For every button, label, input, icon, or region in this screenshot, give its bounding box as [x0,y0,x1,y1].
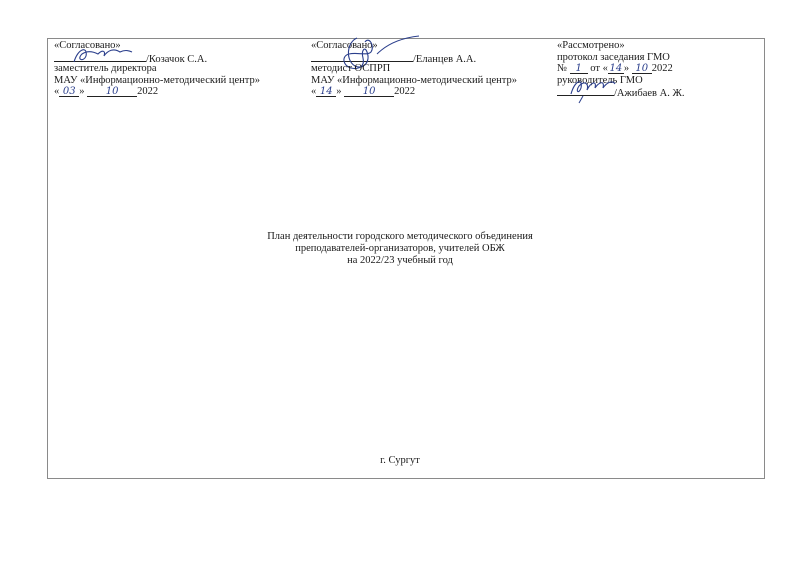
approval-date: «14» 102022 [311,86,517,98]
protocol-date-prefix: от « [590,63,608,74]
date-month: 10 [87,87,137,97]
signer-name: /Ажибаев А. Ж. [614,88,685,99]
title-line-2: преподавателей-организаторов, учителей О… [0,243,800,255]
protocol-month: 10 [632,64,652,74]
title-line-3: на 2022/23 учебный год [0,255,800,267]
position: методист ОСПРП [311,63,517,75]
approval-heading: «Согласовано» [311,40,517,52]
approval-block-methodist: «Согласовано» /Еланцев А.А. методист ОСП… [311,40,517,98]
protocol-number-date: № 1 от «14» 102022 [557,63,685,75]
position: руководитель ГМО [557,75,685,87]
review-block-gmo: «Рассмотрено» протокол заседания ГМО № 1… [557,40,685,98]
position: заместитель директора [54,63,260,75]
date-month: 10 [344,87,394,97]
review-heading: «Рассмотрено» [557,40,685,52]
date-day: 14 [316,87,336,97]
signature-blank [311,52,413,62]
document-title: План деятельности городского методическо… [0,231,800,266]
approval-date: «03» 102022 [54,86,260,98]
approval-heading: «Согласовано» [54,40,260,52]
signature-blank [557,86,614,96]
city-label: г. Сургут [0,455,800,467]
date-year: 2022 [137,86,158,97]
organization: МАУ «Информационно-методический центр» [54,75,260,87]
signature-line: /Ажибаев А. Ж. [557,86,685,98]
protocol-year: 2022 [652,63,673,74]
approval-block-deputy-director: «Согласовано» /Козачок С.А. заместитель … [54,40,260,98]
title-line-1: План деятельности городского методическо… [0,231,800,243]
date-day: 03 [59,87,79,97]
signature-line: /Еланцев А.А. [311,52,517,64]
protocol-number: 1 [570,64,588,74]
organization: МАУ «Информационно-методический центр» [311,75,517,87]
protocol-day: 14 [608,64,624,74]
number-sign: № [557,63,567,74]
signature-line: /Козачок С.А. [54,52,260,64]
date-year: 2022 [394,86,415,97]
signature-blank [54,52,146,62]
protocol-label: протокол заседания ГМО [557,52,685,64]
